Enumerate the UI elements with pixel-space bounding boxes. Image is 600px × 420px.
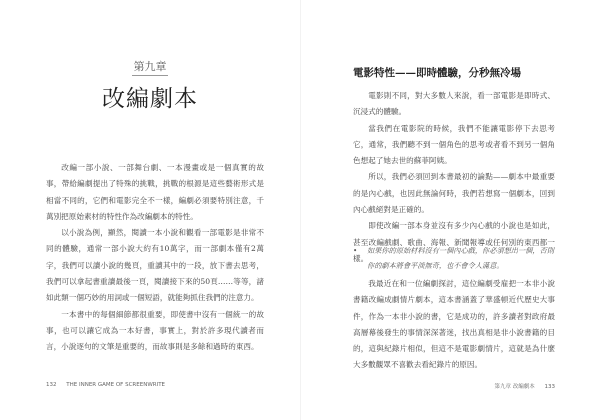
section-title: 電影特性——即時體驗，分秒無冷場	[353, 65, 521, 80]
bullet-marker: •	[353, 243, 357, 258]
paragraph: 所以，我們必須回到本書最初的論點——劇本中最重要的是內心戲，也因此無論何時，我們…	[353, 169, 555, 218]
chapter-title: 改編劇本	[0, 80, 300, 113]
paragraph: 改編一部小說、一部舞台劇、一本漫畫或是一個真實的故事，帶給編劇提出了特殊的挑戰，…	[46, 160, 264, 225]
right-page: 電影特性——即時體驗，分秒無冷場 電影則不同，對大多數人來說，看一部電影是即時式…	[300, 0, 600, 420]
right-body-text-bottom: 我最近在和一位編劇探討，這位編劇受雇把一本非小說書籍改編成劇情片劇本，這本書涵蓋…	[353, 276, 555, 374]
left-body-text: 改編一部小說、一部舞台劇、一本漫畫或是一個真實的故事，帶給編劇提出了特殊的挑戰，…	[46, 160, 264, 356]
right-footer: 第九章 改編劇本 133	[495, 382, 556, 390]
paragraph: 我最近在和一位編劇探討，這位編劇受雇把一本非小說書籍改編成劇情片劇本，這本書涵蓋…	[353, 276, 555, 374]
page-number: 133	[545, 384, 556, 390]
running-title: THE INNER GAME OF SCREENWRITE	[66, 382, 165, 388]
chapter-divider	[132, 75, 168, 76]
left-page: 第九章 改編劇本 改編一部小說、一部舞台劇、一本漫畫或是一個真實的故事，帶給編劇…	[0, 0, 300, 420]
chapter-label: 第九章 改編劇本	[495, 384, 535, 390]
paragraph: 電影則不同，對大多數人來說，看一部電影是即時式、沉浸式的體驗。	[353, 88, 555, 121]
bullet-note: • 如果你的原始材料沒有一個內心戲，你必須想出一個，否則你的劇本將會平淡無奇，也…	[353, 243, 557, 273]
bullet-text: 如果你的原始材料沒有一個內心戲，你必須想出一個，否則你的劇本將會平淡無奇，也不會…	[367, 243, 557, 273]
page-number: 132	[46, 382, 57, 388]
right-body-text-top: 電影則不同，對大多數人來說，看一部電影是即時式、沉浸式的體驗。 當我們在電影院的…	[353, 88, 555, 267]
paragraph: 當我們在電影院的時候，我們不能讓電影停下去思考它，通常，我們聽不到一個角色的思考…	[353, 121, 555, 170]
paragraph: 一本書中的每個細節都很重要，即使書中沒有一個統一的故事，也可以讓它成為一本好書，…	[46, 307, 264, 356]
paragraph: 以小說為例，顯然，閱讀一本小說和觀看一部電影是非常不同的體驗，通常一部小說大約有…	[46, 225, 264, 306]
chapter-number: 第九章	[0, 58, 300, 74]
left-footer: 132 THE INNER GAME OF SCREENWRITE	[46, 382, 173, 388]
